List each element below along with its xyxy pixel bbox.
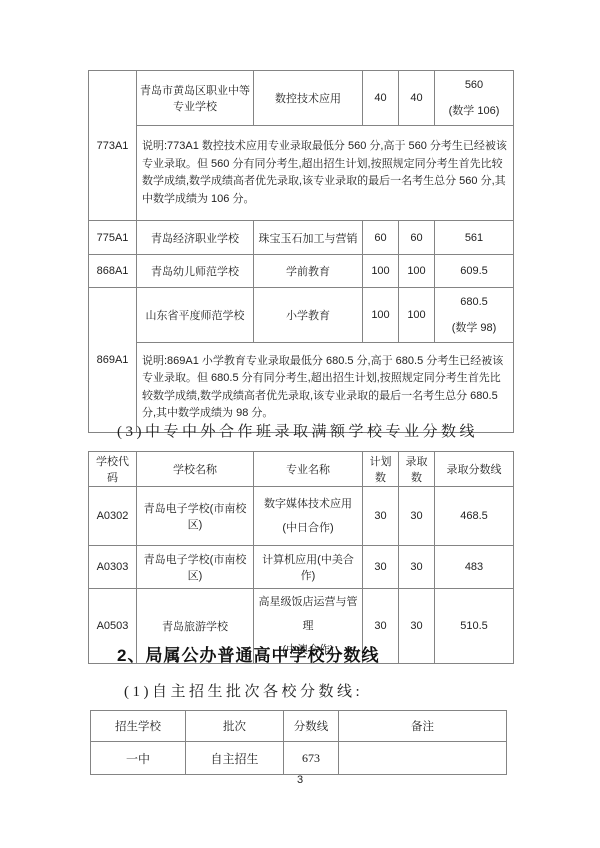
- header-score-line: 录取分数线: [435, 452, 514, 487]
- major-name: 数字媒体技术应用: [256, 492, 360, 516]
- table-row: 868A1 青岛幼儿师范学校 学前教育 100 100 609.5: [89, 255, 514, 288]
- plan-count-cell: 40: [363, 71, 399, 126]
- header-plan-count: 计划数: [363, 452, 399, 487]
- admitted-count-cell: 30: [399, 589, 435, 664]
- page-number: 3: [0, 774, 600, 786]
- admitted-count-cell: 30: [399, 546, 435, 589]
- sino-foreign-cooperation-table: 学校代码 学校名称 专业名称 计划数 录取数 录取分数线 A0302 青岛电子学…: [88, 451, 514, 664]
- school-code-cell: 868A1: [89, 255, 137, 288]
- vocational-scores-table: 773A1 青岛市黄岛区职业中等专业学校 数控技术应用 40 40 560 (数…: [88, 70, 514, 433]
- school-name-cell: 青岛市黄岛区职业中等专业学校: [137, 71, 254, 126]
- major-cell: 数字媒体技术应用 (中日合作): [254, 487, 363, 546]
- header-batch: 批次: [186, 711, 284, 742]
- table-row: A0302 青岛电子学校(市南校区) 数字媒体技术应用 (中日合作) 30 30…: [89, 487, 514, 546]
- school-code-cell: 775A1: [89, 221, 137, 255]
- header-school-name: 学校名称: [137, 452, 254, 487]
- score-value: 560: [437, 72, 511, 98]
- table-header-row: 招生学校 批次 分数线 备注: [91, 711, 507, 742]
- header-remark: 备注: [339, 711, 507, 742]
- table-row: 869A1 山东省平度师范学校 小学教育 100 100 680.5 (数学 9…: [89, 288, 514, 343]
- score-cell: 680.5 (数学 98): [435, 288, 514, 343]
- table-row: 一中 自主招生 673: [91, 742, 507, 775]
- header-admitted-count: 录取数: [399, 452, 435, 487]
- score-cell: 561: [435, 221, 514, 255]
- table-row: 773A1 青岛市黄岛区职业中等专业学校 数控技术应用 40 40 560 (数…: [89, 71, 514, 126]
- note-cell: 说明:773A1 数控技术应用专业录取最低分 560 分,高于 560 分考生已…: [137, 126, 514, 221]
- school-code-cell: 773A1: [89, 71, 137, 221]
- note-cell: 说明:869A1 小学教育专业录取最低分 680.5 分,高于 680.5 分考…: [137, 343, 514, 433]
- major-cell: 珠宝玉石加工与营销: [254, 221, 363, 255]
- school-name-cell: 青岛电子学校(市南校区): [137, 487, 254, 546]
- school-name-cell: 山东省平度师范学校: [137, 288, 254, 343]
- remark-cell: [339, 742, 507, 775]
- table-row: 说明:869A1 小学教育专业录取最低分 680.5 分,高于 680.5 分考…: [89, 343, 514, 433]
- admitted-count-cell: 100: [399, 288, 435, 343]
- table-row: A0303 青岛电子学校(市南校区) 计算机应用(中美合作) 30 30 483: [89, 546, 514, 589]
- document-page: 773A1 青岛市黄岛区职业中等专业学校 数控技术应用 40 40 560 (数…: [0, 0, 600, 848]
- table-row: 775A1 青岛经济职业学校 珠宝玉石加工与营销 60 60 561: [89, 221, 514, 255]
- self-enrollment-table: 招生学校 批次 分数线 备注 一中 自主招生 673: [90, 710, 507, 775]
- table-row: 说明:773A1 数控技术应用专业录取最低分 560 分,高于 560 分考生已…: [89, 126, 514, 221]
- score-subject-note: (数学 98): [437, 315, 511, 341]
- score-cell: 510.5: [435, 589, 514, 664]
- score-cell: 560 (数学 106): [435, 71, 514, 126]
- plan-count-cell: 30: [363, 546, 399, 589]
- school-code-cell: A0302: [89, 487, 137, 546]
- plan-count-cell: 100: [363, 288, 399, 343]
- section-heading-3: (3)中专中外合作班录取满额学校专业分数线: [117, 420, 478, 441]
- major-cell: 小学教育: [254, 288, 363, 343]
- major-cell: 学前教育: [254, 255, 363, 288]
- major-name: 高星级饭店运营与管理: [256, 590, 360, 638]
- school-code-cell: A0303: [89, 546, 137, 589]
- score-cell: 673: [284, 742, 339, 775]
- school-name-cell: 青岛电子学校(市南校区): [137, 546, 254, 589]
- plan-count-cell: 30: [363, 487, 399, 546]
- header-major-name: 专业名称: [254, 452, 363, 487]
- score-cell: 483: [435, 546, 514, 589]
- score-cell: 609.5: [435, 255, 514, 288]
- admitted-count-cell: 60: [399, 221, 435, 255]
- plan-count-cell: 60: [363, 221, 399, 255]
- major-cell: 数控技术应用: [254, 71, 363, 126]
- header-school-code: 学校代码: [89, 452, 137, 487]
- score-subject-note: (数学 106): [437, 98, 511, 124]
- admitted-count-cell: 40: [399, 71, 435, 126]
- batch-cell: 自主招生: [186, 742, 284, 775]
- admitted-count-cell: 100: [399, 255, 435, 288]
- score-cell: 468.5: [435, 487, 514, 546]
- enrolling-school-cell: 一中: [91, 742, 186, 775]
- section-heading-2: 2、局属公办普通高中学校分数线: [117, 641, 379, 666]
- school-code-cell: 869A1: [89, 288, 137, 433]
- plan-count-cell: 100: [363, 255, 399, 288]
- school-name-cell: 青岛幼儿师范学校: [137, 255, 254, 288]
- table-header-row: 学校代码 学校名称 专业名称 计划数 录取数 录取分数线: [89, 452, 514, 487]
- admitted-count-cell: 30: [399, 487, 435, 546]
- major-cooperation-note: (中日合作): [256, 516, 360, 540]
- school-name-cell: 青岛经济职业学校: [137, 221, 254, 255]
- header-enrolling-school: 招生学校: [91, 711, 186, 742]
- header-score-line: 分数线: [284, 711, 339, 742]
- subsection-heading-1: (1)自主招生批次各校分数线:: [124, 680, 363, 701]
- score-value: 680.5: [437, 289, 511, 315]
- major-cell: 计算机应用(中美合作): [254, 546, 363, 589]
